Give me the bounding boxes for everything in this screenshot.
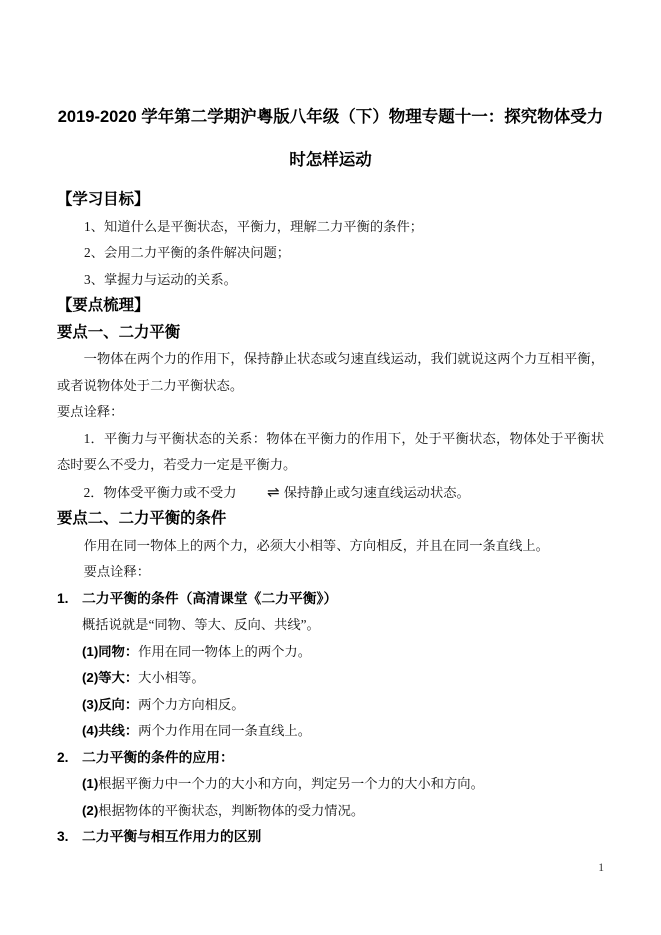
condition-item-label: (3)反向： <box>82 697 138 712</box>
point1-notes-label: 要点诠释： <box>57 399 604 426</box>
condition-item: (2)等大：大小相等。 <box>57 665 604 692</box>
subpoint2-heading-text: 二力平衡的条件的应用： <box>82 750 234 765</box>
condition-item-label: (2)等大： <box>82 670 138 685</box>
application-item: (2)根据物体的平衡状态，判断物体的受力情况。 <box>57 798 604 825</box>
application-item-label: (1) <box>82 776 98 791</box>
learning-goal-item: 1、知道什么是平衡状态，平衡力，理解二力平衡的条件； <box>57 214 604 241</box>
subpoint3-heading-text: 二力平衡与相互作用力的区别 <box>82 829 261 844</box>
subpoint3-number: 3. <box>57 824 82 851</box>
subpoint1-heading-text: 二力平衡的条件（高清课堂《二力平衡》） <box>82 591 337 606</box>
page-title: 2019-2020 学年第二学期沪粤版八年级（下）物理专题十一：探究物体受力时怎… <box>57 96 604 182</box>
learning-goal-item: 3、掌握力与运动的关系。 <box>57 267 604 294</box>
point1-note2-after: 保持静止或匀速直线运动状态。 <box>284 485 470 500</box>
application-item-text: 根据平衡力中一个力的大小和方向，判定另一个力的大小和方向。 <box>98 776 484 791</box>
condition-item: (3)反向：两个力方向相反。 <box>57 692 604 719</box>
application-item: (1)根据平衡力中一个力的大小和方向，判定另一个力的大小和方向。 <box>57 771 604 798</box>
point1-intro-paragraph: 一物体在两个力的作用下，保持静止状态或匀速直线运动，我们就说这两个力互相平衡，或… <box>57 346 604 399</box>
equilibrium-arrows-symbol: ⇌ <box>237 479 284 506</box>
document-body: 【学习目标】 1、知道什么是平衡状态，平衡力，理解二力平衡的条件； 2、会用二力… <box>57 187 604 851</box>
condition-item-text: 大小相等。 <box>138 670 204 685</box>
condition-item-text: 两个力作用在同一条直线上。 <box>138 723 311 738</box>
learning-goal-item: 2、会用二力平衡的条件解决问题； <box>57 240 604 267</box>
subpoint1-summary: 概括说就是“同物、等大、反向、共线”。 <box>57 612 604 639</box>
condition-item-label: (1)同物： <box>82 644 138 659</box>
point1-note1: 1．平衡力与平衡状态的关系：物体在平衡力的作用下，处于平衡状态，物体处于平衡状态… <box>57 426 604 479</box>
subpoint1-heading: 1.二力平衡的条件（高清课堂《二力平衡》） <box>57 586 604 613</box>
condition-item-text: 两个力方向相反。 <box>138 697 244 712</box>
page-number: 1 <box>598 862 604 874</box>
condition-item-label: (4)共线： <box>82 723 138 738</box>
outline-heading: 【要点梳理】 <box>57 293 604 320</box>
learning-goals-heading: 【学习目标】 <box>57 187 604 214</box>
condition-item: (4)共线：两个力作用在同一条直线上。 <box>57 718 604 745</box>
application-item-text: 根据物体的平衡状态，判断物体的受力情况。 <box>98 803 364 818</box>
subpoint2-heading: 2.二力平衡的条件的应用： <box>57 745 604 772</box>
point2-heading: 要点二、二力平衡的条件 <box>57 506 604 533</box>
point1-heading: 要点一、二力平衡 <box>57 320 604 347</box>
point2-notes-label: 要点诠释： <box>57 559 604 586</box>
condition-item: (1)同物：作用在同一物体上的两个力。 <box>57 639 604 666</box>
subpoint1-number: 1. <box>57 586 82 613</box>
application-item-label: (2) <box>82 803 98 818</box>
subpoint2-number: 2. <box>57 745 82 772</box>
point2-intro-paragraph: 作用在同一物体上的两个力，必须大小相等、方向相反，并且在同一条直线上。 <box>57 533 604 560</box>
point1-note2-before: 2．物体受平衡力或不受力 <box>84 485 237 500</box>
subpoint3-heading: 3.二力平衡与相互作用力的区别 <box>57 824 604 851</box>
condition-item-text: 作用在同一物体上的两个力。 <box>138 644 311 659</box>
document-page: 2019-2020 学年第二学期沪粤版八年级（下）物理专题十一：探究物体受力时怎… <box>0 0 661 935</box>
point1-note2: 2．物体受平衡力或不受力⇌保持静止或匀速直线运动状态。 <box>57 479 604 507</box>
